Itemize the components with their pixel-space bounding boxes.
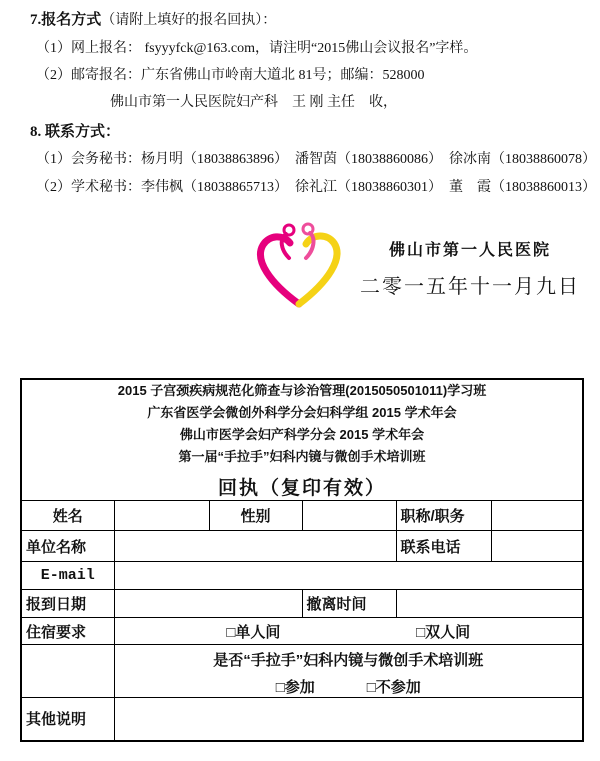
form-subtitle: 回执（复印有效） [26, 473, 578, 500]
organization-input-cell[interactable] [114, 531, 396, 562]
conference-secretary-line: （1）会务秘书：杨月明（18038863896） 潘智茵（18038860086… [36, 148, 596, 168]
registration-method-heading-number: 7.报名方式 [30, 12, 101, 28]
registration-method-heading: 7.报名方式（请附上填好的报名回执）： [30, 8, 276, 29]
departure-time-input-cell[interactable] [396, 590, 583, 618]
other-notes-label: 其他说明 [21, 698, 114, 741]
title-position-label: 职称/职务 [396, 501, 491, 531]
online-registration-label: （1）网上报名： [36, 41, 141, 56]
form-title-3: 佛山市医学会妇产科学分会 2015 学术年会 [26, 424, 578, 446]
phone-label: 联系电话 [396, 531, 491, 562]
title-position-input-cell[interactable] [491, 501, 583, 531]
signature-date: 二零一五年十一月九日 [360, 270, 580, 299]
academic-secretary-line: （2）学术秘书：李伟枫（18038865713） 徐礼江（18038860301… [36, 176, 596, 196]
workshop-row-label-cell [21, 645, 114, 698]
email-label: E-mail [21, 562, 114, 590]
form-title-2: 广东省医学会微创外科学分会妇科学组 2015 学术年会 [26, 402, 578, 424]
email-input-cell[interactable] [114, 562, 583, 590]
arrival-date-label: 报到日期 [21, 590, 114, 618]
hospital-heart-logo-icon [250, 218, 350, 318]
registration-method-heading-note: （请附上填好的报名回执）： [101, 13, 276, 28]
lodging-options-cell: □单人间 □双人间 [114, 618, 583, 645]
mail-registration-line: （2）邮寄报名：广东省佛山市岭南大道北 81号；邮编：528000 [36, 64, 425, 84]
departure-time-label: 撤离时间 [302, 590, 396, 618]
organization-label: 单位名称 [21, 531, 114, 562]
workshop-question-cell: 是否“手拉手”妇科内镜与微创手术培训班 □参加 □不参加 [114, 645, 583, 698]
hospital-name: 佛山市第一人民医院 [389, 237, 551, 260]
online-registration-line: （1）网上报名： fsyyyfck@163.com，请注明“2015佛山会议报名… [36, 37, 477, 57]
signature-block: 佛山市第一人民医院 二零一五年十一月九日 [250, 218, 580, 318]
name-input-cell[interactable] [114, 501, 209, 531]
double-room-checkbox[interactable]: □双人间 [416, 621, 470, 642]
single-room-checkbox[interactable]: □单人间 [226, 621, 280, 642]
form-header: 2015 子宫颈疾病规范化筛查与诊治管理(2015050501011)学习班 广… [21, 379, 583, 501]
form-title-4: 第一届“手拉手”妇科内镜与微创手术培训班 [26, 446, 578, 468]
mail-recipient-line: 佛山市第一人民医院妇产科 王 刚 主任 收， [110, 91, 397, 111]
workshop-question: 是否“手拉手”妇科内镜与微创手术培训班 [119, 649, 579, 670]
registration-email: fsyyyfck@163.com [145, 41, 255, 56]
contact-method-heading: 8. 联系方式： [30, 120, 120, 141]
form-title-1: 2015 子宫颈疾病规范化筛查与诊治管理(2015050501011)学习班 [26, 380, 578, 402]
phone-input-cell[interactable] [491, 531, 583, 562]
lodging-label: 住宿要求 [21, 618, 114, 645]
name-label: 姓名 [21, 501, 114, 531]
not-attend-checkbox[interactable]: □不参加 [367, 676, 421, 697]
arrival-date-input-cell[interactable] [114, 590, 302, 618]
attend-checkbox[interactable]: □参加 [276, 676, 315, 697]
receipt-form-table: 2015 子宫颈疾病规范化筛查与诊治管理(2015050501011)学习班 广… [20, 378, 584, 742]
gender-label: 性别 [209, 501, 302, 531]
other-notes-input-cell[interactable] [114, 698, 583, 741]
gender-input-cell[interactable] [302, 501, 396, 531]
online-registration-note: ，请注明“2015佛山会议报名”字样。 [255, 41, 477, 56]
